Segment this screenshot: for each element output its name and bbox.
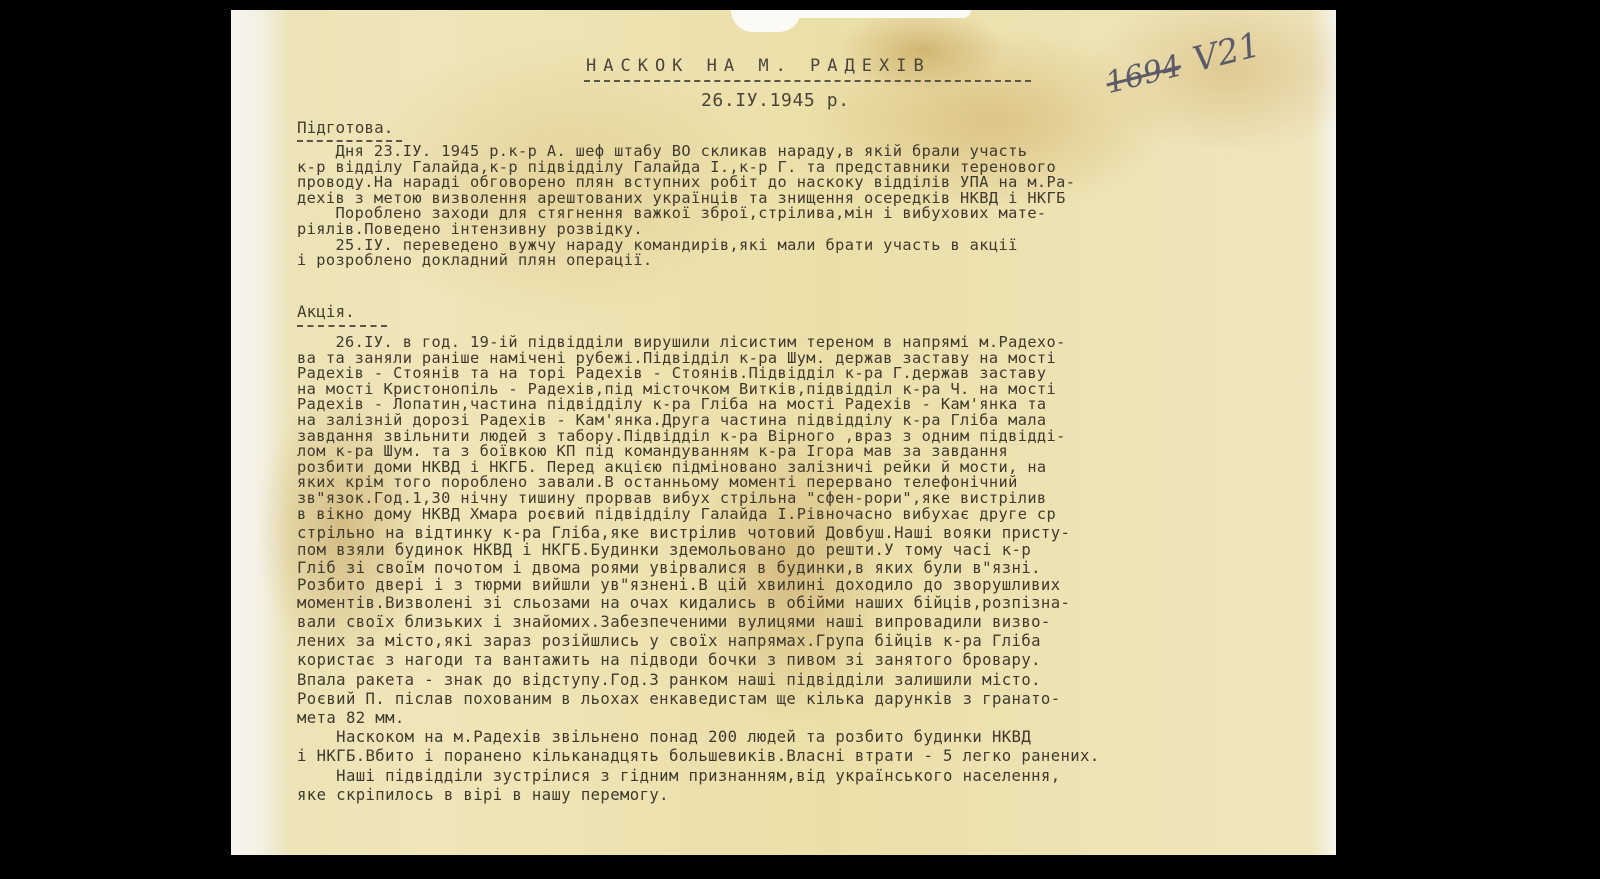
text-line: мета 82 мм. [297,709,1327,728]
text-line: і НКГБ.Вбито і поранено кільканадцять бо… [297,747,1327,766]
section-underline [297,325,387,327]
text-line: моментів.Визволені зі сльозами на очах к… [297,595,1327,612]
action-section-body-continued: стрільно на відтинку к-ра Гліба,яке вист… [297,525,1327,612]
scanned-document-page: НАСКОК НА М. РАДЕХІВ 26.ІУ.1945 р. 1694V… [231,10,1336,855]
document-date: 26.ІУ.1945 р. [701,90,850,111]
action-section-body: 26.ІУ. в год. 19-ій підвідділи вирушили … [297,335,1327,522]
text-line: Гліб зі своїм почотом і двома роями увір… [297,560,1327,577]
title-underline [584,80,1031,82]
text-line: Роєвий П. післав похованим в льохах енка… [297,690,1327,709]
action-section-conclusion: вали своїх близьких і знайомих.Забезпече… [297,613,1327,805]
text-line: користає з нагоди та вантажить на підвод… [297,651,1327,670]
document-viewer: НАСКОК НА М. РАДЕХІВ 26.ІУ.1945 р. 1694V… [0,0,1600,879]
handwritten-annotation: 1694V21 [1101,25,1264,102]
text-line: яке скріпилось в вірі в нашу перемогу. [297,786,1327,805]
text-line: і розроблено докладний плян операції. [297,253,1327,269]
preparation-section-body: Дня 23.ІУ. 1945 р.к-р А. шеф штабу ВО ск… [297,144,1327,269]
text-line: Розбито двері і з тюрми вийшли ув"язнені… [297,577,1327,594]
document-title: НАСКОК НА М. РАДЕХІВ [586,56,931,76]
section-heading-preparation: Підготова. [297,118,393,137]
torn-paper-edge [771,10,971,18]
text-line: лених за місто,які зараз розійшлись у св… [297,632,1327,651]
text-line: вали своїх близьких і знайомих.Забезпече… [297,613,1327,632]
archive-number: V21 [1189,25,1264,80]
struck-archive-number: 1694 [1102,49,1185,101]
text-line: пом взяли будинок НКВД і НКГБ.Будинки зд… [297,542,1327,559]
text-line: Наскоком на м.Радехів звільнено понад 20… [297,728,1327,747]
text-line: стрільно на відтинку к-ра Гліба,яке вист… [297,525,1327,542]
text-line: в вікно дому НКВД Хмара роєвий підвідділ… [297,507,1327,523]
section-heading-action: Акція. [297,302,355,321]
text-line: Наші підвідділи зустрілися з гідним приз… [297,767,1327,786]
text-line: Впала ракета - знак до відступу.Год.3 ра… [297,671,1327,690]
